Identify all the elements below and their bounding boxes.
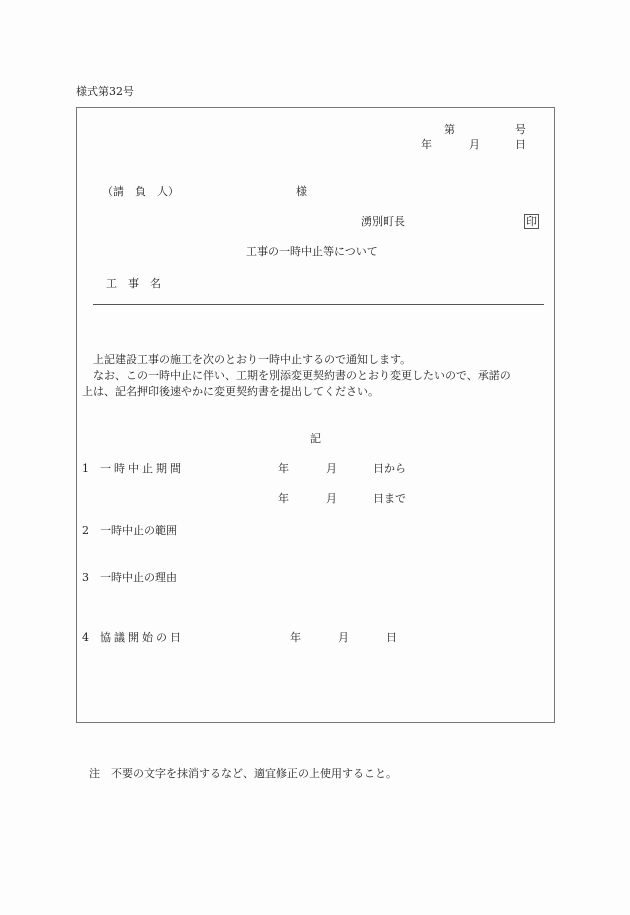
doc-no-prefix: 第	[444, 124, 455, 135]
item-1-from-day: 日から	[373, 463, 406, 474]
document-title: 工事の一時中止等について	[246, 246, 378, 257]
item-4-day: 日	[386, 632, 397, 643]
recipient-honorific: 様	[296, 186, 307, 197]
item-4-label: 協議開始の日	[100, 632, 184, 643]
project-name-label: 工 事 名	[106, 278, 161, 289]
item-1-from-month: 月	[326, 463, 337, 474]
header-month: 月	[469, 139, 480, 150]
item-1-from-year: 年	[278, 463, 289, 474]
recipient-label: （請 負 人）	[102, 186, 179, 197]
seal-icon: 印	[524, 214, 539, 229]
item-2-num: 2	[82, 525, 89, 536]
item-4-month: 月	[338, 632, 349, 643]
item-1-label: 一時中止期間	[100, 463, 184, 474]
body-line-2: なお、この一時中止に伴い、工期を別添変更契約書のとおり変更したいので、承諾の	[82, 368, 552, 384]
footnote: 注 不要の文字を抹消するなど、適宜修正の上使用すること。	[89, 768, 397, 779]
sender-name: 湧別町長	[361, 216, 405, 227]
project-name-underline	[93, 304, 544, 305]
item-1-num: 1	[82, 463, 89, 474]
item-4-year: 年	[290, 632, 301, 643]
item-2-label: 一時中止の範囲	[100, 525, 177, 536]
form-number: 様式第32号	[76, 86, 134, 97]
item-1-to-month: 月	[326, 493, 337, 504]
header-day: 日	[515, 139, 526, 150]
body-line-3: 上は、記名押印後速やかに変更契約書を提出してください。	[82, 384, 552, 400]
ki-heading: 記	[310, 433, 321, 444]
body-line-1: 上記建設工事の施工を次のとおり一時中止するので通知します。	[82, 352, 552, 368]
item-3-num: 3	[82, 572, 89, 583]
item-3-label: 一時中止の理由	[100, 572, 177, 583]
item-4-num: 4	[82, 632, 89, 643]
header-year: 年	[421, 139, 432, 150]
doc-no-suffix: 号	[515, 124, 526, 135]
item-1-to-day: 日まで	[373, 493, 406, 504]
seal-mark: 印	[524, 214, 539, 229]
body-text: 上記建設工事の施工を次のとおり一時中止するので通知します。 なお、この一時中止に…	[82, 352, 552, 400]
item-1-to-year: 年	[278, 493, 289, 504]
